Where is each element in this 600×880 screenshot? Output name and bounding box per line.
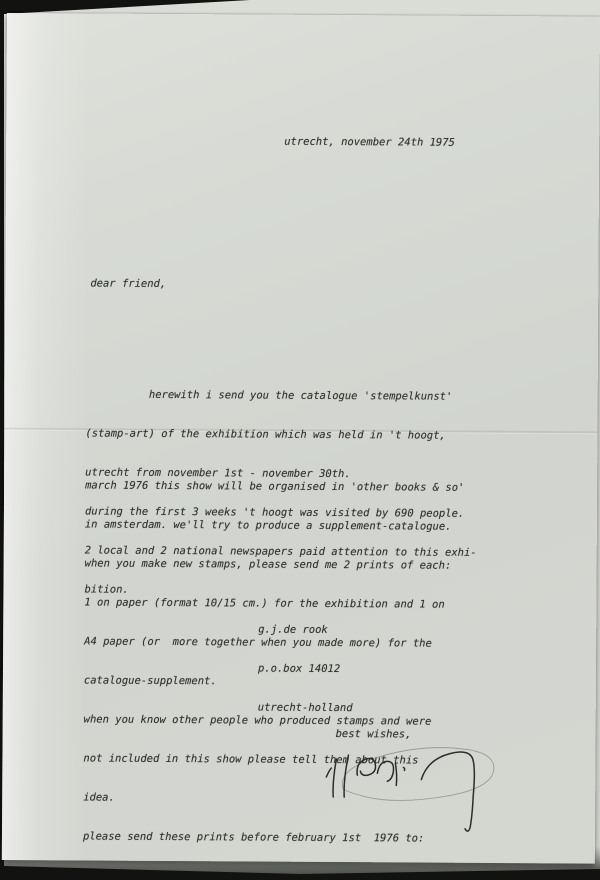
- salutation: dear friend,: [90, 278, 166, 291]
- address-line-pobox: p.o.box 14012: [258, 663, 353, 677]
- body-line: (stamp-art) of the exhibition which was …: [85, 427, 477, 442]
- body-line: when you make new stamps, please send me…: [85, 557, 464, 572]
- handwritten-signature-scribble: [313, 737, 524, 838]
- letter-sheet: utrecht, november 24th 1975 dear friend,…: [2, 13, 600, 864]
- photo-of-letter: { "photo": { "background_color": "#12131…: [0, 0, 600, 880]
- body-line: herewith i send you the catalogue 'stemp…: [86, 388, 478, 403]
- dateline: utrecht, november 24th 1975: [284, 136, 455, 150]
- address-block: g.j.de rook p.o.box 14012 utrecht-hollan…: [258, 598, 354, 742]
- address-line-name: g.j.de rook: [258, 624, 353, 638]
- body-line: march 1976 this show will be organised i…: [85, 479, 464, 494]
- body-line: in amsterdam. we'll try to produce a sup…: [85, 518, 464, 533]
- address-line-city: utrecht-holland: [258, 702, 353, 716]
